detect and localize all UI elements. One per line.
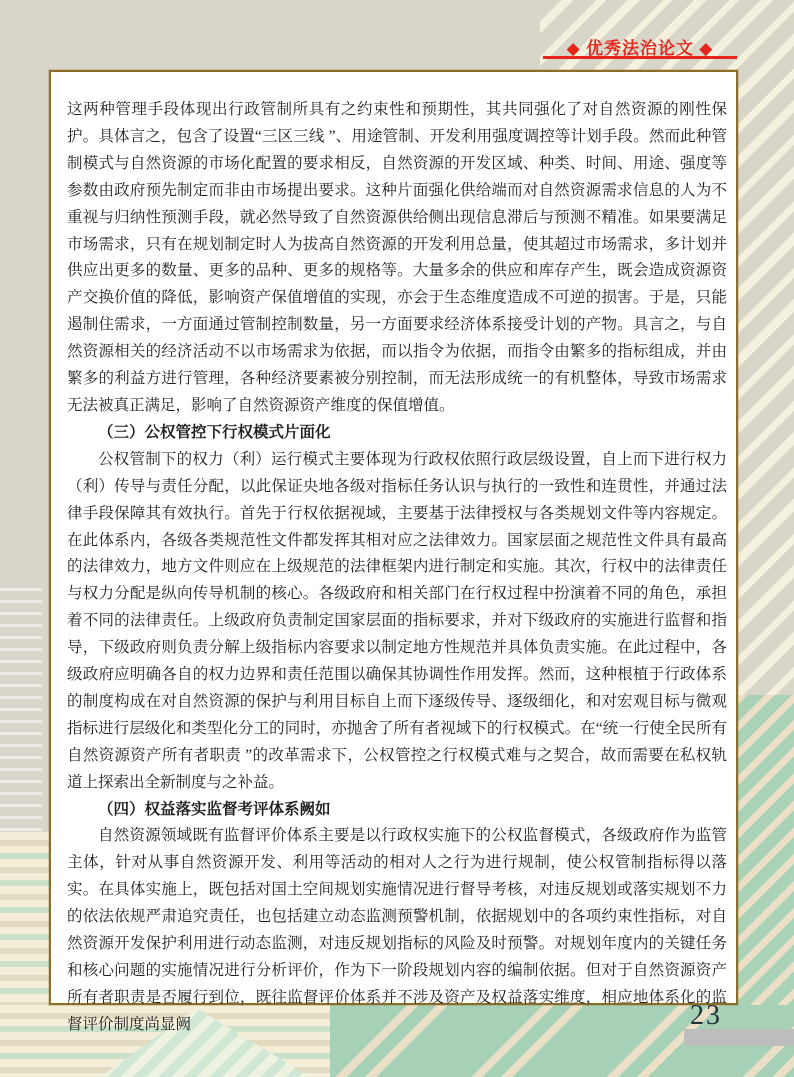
paragraph-section-4: 自然资源领域既有监督评价体系主要是以行政权实施下的公权监督模式，各级政府作为监管…: [67, 823, 727, 1038]
document-body-text: 这两种管理手段体现出行政管制所具有之约束性和预期性，其共同强化了对自然资源的刚性…: [51, 72, 736, 1003]
subsection-heading-3: （三）公权管控下行权模式片面化: [67, 420, 727, 447]
paragraph-continuation: 这两种管理手段体现出行政管制所具有之约束性和预期性，其共同强化了对自然资源的刚性…: [67, 97, 727, 420]
document-page: 这两种管理手段体现出行政管制所具有之约束性和预期性，其共同强化了对自然资源的刚性…: [49, 70, 738, 1005]
page-canvas: ◆ 优秀法治论文 ◆ 这两种管理手段体现出行政管制所具有之约束性和预期性，其共同…: [0, 0, 794, 1077]
header-underline: [543, 56, 737, 59]
subsection-heading-4: （四）权益落实监督考评体系阙如: [67, 797, 727, 824]
green-stripes-decoration-right: [738, 695, 794, 1005]
paragraph-section-3: 公权管制下的权力（利）运行模式主要体现为行政权依照行政层级设置，自上而下进行权力…: [67, 447, 727, 797]
page-number: 23: [690, 1000, 722, 1032]
horizontal-stripes-decoration-left: [0, 588, 42, 832]
horizontal-bands-decoration-left-bottom: [0, 832, 49, 1005]
